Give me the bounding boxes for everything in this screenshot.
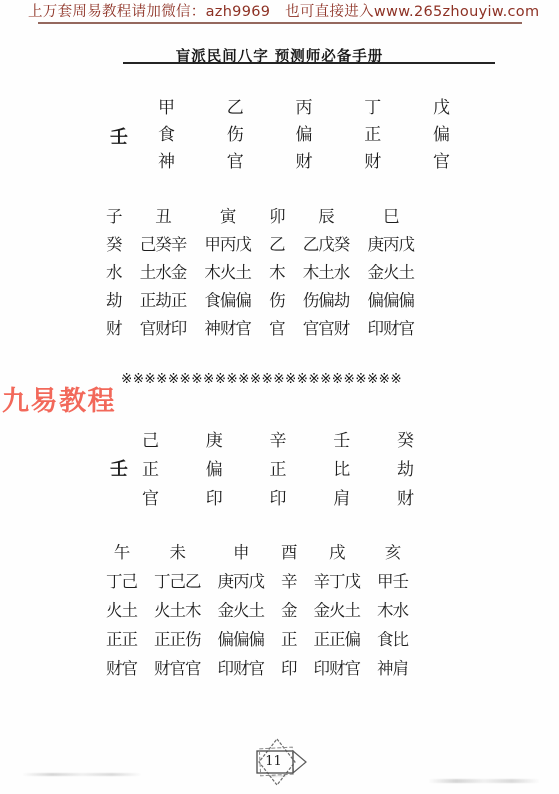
scan-smudge bbox=[22, 773, 142, 776]
five-elements: 木火土 bbox=[204, 259, 251, 287]
ten-god-bottom-char: 印 bbox=[270, 485, 287, 514]
section-separator: ※※※※※※※※※※※※※※※※※※※※※※※※ bbox=[121, 371, 402, 387]
heavenly-stem: 己 bbox=[142, 427, 159, 456]
heavenly-stem: 癸 bbox=[397, 427, 414, 456]
stem-column: 丁 正 财 bbox=[364, 95, 381, 176]
ten-god-bottom-char: 官 bbox=[433, 149, 450, 176]
stem-column: 甲 食 神 bbox=[158, 95, 175, 176]
hidden-stems: 己癸辛 bbox=[140, 231, 187, 259]
branch-column: 丑 己癸辛 土水金 正劫正 官财印 bbox=[140, 203, 187, 343]
ten-god-bottom-char: 官 bbox=[142, 485, 159, 514]
ten-god-top-char: 比 bbox=[333, 456, 350, 485]
five-elements: 火土木 bbox=[154, 596, 201, 625]
ten-gods-top: 偏偏偏 bbox=[218, 625, 265, 654]
ten-god-top-char: 偏 bbox=[433, 122, 450, 149]
ten-gods-top: 食比 bbox=[377, 625, 408, 654]
ten-gods-top: 劫 bbox=[106, 287, 122, 315]
hidden-stems: 癸 bbox=[106, 231, 122, 259]
branch-table-2: 午 丁己 火土 正正 财官 未 丁己乙 火土木 正正伤 财官官 申 庚丙戊 金火… bbox=[106, 538, 408, 683]
ten-god-bottom-char: 财 bbox=[364, 149, 381, 176]
ten-gods-bottom: 财 bbox=[106, 315, 122, 343]
ten-gods-bottom: 官财印 bbox=[140, 315, 187, 343]
scan-smudge bbox=[428, 779, 540, 783]
day-master-stem: 壬 bbox=[110, 124, 128, 151]
heavenly-stem: 庚 bbox=[206, 427, 223, 456]
ten-gods-bottom: 官 bbox=[269, 315, 285, 343]
earthly-branch: 寅 bbox=[220, 203, 236, 231]
branch-column: 酉 辛 金 正 印 bbox=[281, 538, 297, 683]
ten-god-bottom-char: 神 bbox=[158, 149, 175, 176]
ten-god-top-char: 正 bbox=[270, 456, 287, 485]
five-elements: 金火土 bbox=[367, 259, 414, 287]
hidden-stems: 甲丙戊 bbox=[204, 231, 251, 259]
branch-column: 戌 辛丁戊 金火土 正正偏 印财官 bbox=[314, 538, 361, 683]
ten-gods-top: 正正 bbox=[106, 625, 137, 654]
ten-god-bottom-char: 官 bbox=[227, 149, 244, 176]
stem-column: 癸 劫 财 bbox=[397, 427, 414, 514]
stem-column: 庚 偏 印 bbox=[206, 427, 223, 514]
ten-gods-bottom: 印 bbox=[281, 654, 297, 683]
stem-column: 辛 正 印 bbox=[270, 427, 287, 514]
earthly-branch: 戌 bbox=[329, 538, 345, 567]
ten-gods-top: 正正伤 bbox=[154, 625, 201, 654]
stem-table-1: 壬 甲 食 神 乙 伤 官 丙 偏 财 丁 正 财 戊 bbox=[108, 95, 450, 176]
heavenly-stem: 壬 bbox=[333, 427, 350, 456]
stem-columns: 甲 食 神 乙 伤 官 丙 偏 财 丁 正 财 戊 偏 官 bbox=[158, 95, 450, 176]
scan-smudge bbox=[268, 775, 288, 777]
heavenly-stem: 乙 bbox=[227, 95, 244, 122]
ten-god-top-char: 伤 bbox=[227, 122, 244, 149]
five-elements: 火土 bbox=[106, 596, 137, 625]
ten-god-bottom-char: 财 bbox=[397, 485, 414, 514]
stem-table-2: 壬 己 正 官 庚 偏 印 辛 正 印 壬 比 肩 癸 bbox=[108, 427, 414, 514]
earthly-branch: 酉 bbox=[281, 538, 297, 567]
ten-god-bottom-char: 财 bbox=[296, 149, 313, 176]
ten-god-top-char: 偏 bbox=[296, 122, 313, 149]
promo-header-rule bbox=[38, 22, 522, 24]
stem-column: 戊 偏 官 bbox=[433, 95, 450, 176]
stem-column: 丙 偏 财 bbox=[296, 95, 313, 176]
promo-header-text: 上万套周易教程请加微信：azh9969 也可直接进入www.265zhouyiw… bbox=[28, 3, 532, 22]
ten-god-top-char: 劫 bbox=[397, 456, 414, 485]
ten-gods-bottom: 印财官 bbox=[367, 315, 414, 343]
branch-column: 亥 甲壬 木水 食比 神肩 bbox=[377, 538, 408, 683]
ten-gods-bottom: 印财官 bbox=[314, 654, 361, 683]
ten-gods-top: 正劫正 bbox=[140, 287, 187, 315]
branch-column: 未 丁己乙 火土木 正正伤 财官官 bbox=[154, 538, 201, 683]
hidden-stems: 辛 bbox=[281, 567, 297, 596]
five-elements: 木土水 bbox=[303, 259, 350, 287]
hidden-stems: 乙戊癸 bbox=[303, 231, 350, 259]
page-number: 11 bbox=[251, 754, 297, 769]
five-elements: 土水金 bbox=[140, 259, 187, 287]
ten-god-top-char: 正 bbox=[142, 456, 159, 485]
ten-gods-bottom: 财官官 bbox=[154, 654, 201, 683]
ten-gods-top: 正 bbox=[281, 625, 297, 654]
earthly-branch: 未 bbox=[170, 538, 186, 567]
earthly-branch: 子 bbox=[106, 203, 122, 231]
hidden-stems: 乙 bbox=[269, 231, 285, 259]
scanned-book-page: 上万套周易教程请加微信：azh9969 也可直接进入www.265zhouyiw… bbox=[0, 0, 559, 794]
five-elements: 金火土 bbox=[314, 596, 361, 625]
ten-god-bottom-char: 肩 bbox=[333, 485, 350, 514]
ten-gods-bottom: 神肩 bbox=[377, 654, 408, 683]
ten-gods-top: 食偏偏 bbox=[204, 287, 251, 315]
earthly-branch: 午 bbox=[114, 538, 130, 567]
branch-column: 寅 甲丙戊 木火土 食偏偏 神财官 bbox=[204, 203, 251, 343]
ten-gods-bottom: 神财官 bbox=[204, 315, 251, 343]
five-elements: 木水 bbox=[377, 596, 408, 625]
earthly-branch: 辰 bbox=[318, 203, 334, 231]
ten-gods-top: 正正偏 bbox=[314, 625, 361, 654]
hidden-stems: 庚丙戊 bbox=[218, 567, 265, 596]
stem-column: 己 正 官 bbox=[142, 427, 159, 514]
branch-column: 子 癸 水 劫 财 bbox=[106, 203, 122, 343]
branch-column: 申 庚丙戊 金火土 偏偏偏 印财官 bbox=[218, 538, 265, 683]
ten-god-top-char: 食 bbox=[158, 122, 175, 149]
five-elements: 木 bbox=[269, 259, 285, 287]
stem-column: 壬 比 肩 bbox=[333, 427, 350, 514]
earthly-branch: 巳 bbox=[383, 203, 399, 231]
ten-gods-top: 伤 bbox=[269, 287, 285, 315]
ten-gods-bottom: 财官 bbox=[106, 654, 137, 683]
heavenly-stem: 戊 bbox=[433, 95, 450, 122]
earthly-branch: 卯 bbox=[269, 203, 285, 231]
earthly-branch: 申 bbox=[233, 538, 249, 567]
ten-gods-top: 偏偏偏 bbox=[367, 287, 414, 315]
branch-column: 卯 乙 木 伤 官 bbox=[269, 203, 285, 343]
ten-gods-bottom: 官官财 bbox=[303, 315, 350, 343]
hidden-stems: 丁己 bbox=[106, 567, 137, 596]
stem-columns: 己 正 官 庚 偏 印 辛 正 印 壬 比 肩 癸 劫 财 bbox=[142, 427, 414, 514]
hidden-stems: 丁己乙 bbox=[154, 567, 201, 596]
heavenly-stem: 丁 bbox=[364, 95, 381, 122]
hidden-stems: 庚丙戊 bbox=[367, 231, 414, 259]
page-number-ornament: 11 bbox=[251, 738, 309, 788]
five-elements: 金火土 bbox=[218, 596, 265, 625]
stem-column: 乙 伤 官 bbox=[227, 95, 244, 176]
ten-god-top-char: 偏 bbox=[206, 456, 223, 485]
branch-table-1: 子 癸 水 劫 财 丑 己癸辛 土水金 正劫正 官财印 寅 甲丙戊 木火土 食偏… bbox=[106, 203, 414, 343]
ten-gods-bottom: 印财官 bbox=[218, 654, 265, 683]
hidden-stems: 甲壬 bbox=[377, 567, 408, 596]
earthly-branch: 丑 bbox=[155, 203, 171, 231]
earthly-branch: 亥 bbox=[385, 538, 401, 567]
branch-column: 辰 乙戊癸 木土水 伤偏劫 官官财 bbox=[303, 203, 350, 343]
five-elements: 水 bbox=[106, 259, 122, 287]
hidden-stems: 辛丁戊 bbox=[314, 567, 361, 596]
watermark-jiuyi-jiaocheng: 九易教程 bbox=[2, 379, 116, 418]
branch-column: 巳 庚丙戊 金火土 偏偏偏 印财官 bbox=[367, 203, 414, 343]
heavenly-stem: 丙 bbox=[296, 95, 313, 122]
book-title-rule bbox=[123, 62, 495, 64]
ten-god-bottom-char: 印 bbox=[206, 485, 223, 514]
heavenly-stem: 辛 bbox=[270, 427, 287, 456]
branch-column: 午 丁己 火土 正正 财官 bbox=[106, 538, 137, 683]
day-master-stem: 壬 bbox=[110, 456, 128, 483]
ten-gods-top: 伤偏劫 bbox=[303, 287, 350, 315]
five-elements: 金 bbox=[281, 596, 297, 625]
heavenly-stem: 甲 bbox=[158, 95, 175, 122]
ten-god-top-char: 正 bbox=[364, 122, 381, 149]
